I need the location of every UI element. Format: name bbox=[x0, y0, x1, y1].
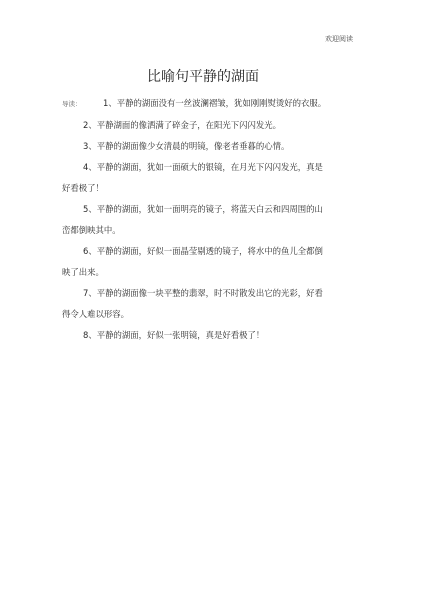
document-body: 导读：1、平静的湖面没有一丝波澜褶皱，犹如刚刚熨烫好的衣服。 2、平静湖面的像洒… bbox=[62, 93, 330, 346]
header-note: 欢迎阅读 bbox=[325, 34, 353, 44]
list-item: 2、平静湖面的像洒满了碎金子，在阳光下闪闪发光。 bbox=[62, 115, 330, 136]
item-text: 1、平静的湖面没有一丝波澜褶皱，犹如刚刚熨烫好的衣服。 bbox=[103, 98, 326, 108]
list-item: 4、平静的湖面，犹如一面硕大的银镜，在月光下闪闪发光，真是好看极了！ bbox=[62, 157, 330, 199]
lead-label: 导读： bbox=[62, 94, 103, 115]
list-item: 6、平静的湖面，好似一面晶莹剔透的镜子，将水中的鱼儿全都倒映了出来。 bbox=[62, 241, 330, 283]
list-item: 导读：1、平静的湖面没有一丝波澜褶皱，犹如刚刚熨烫好的衣服。 bbox=[62, 93, 330, 115]
list-item: 3、平静的湖面像少女清晨的明镜，像老者垂暮的心情。 bbox=[62, 136, 330, 157]
list-item: 5、平静的湖面，犹如一面明亮的镜子，将蓝天白云和四周围的山峦都倒映其中。 bbox=[62, 199, 330, 241]
list-item: 7、平静的湖面像一块平整的翡翠，时不时散发出它的光彩，好看得令人难以形容。 bbox=[62, 283, 330, 325]
list-item: 8、平静的湖面，好似一张明镜，真是好看极了！ bbox=[62, 325, 330, 346]
document-title: 比喻句平静的湖面 bbox=[0, 66, 406, 86]
